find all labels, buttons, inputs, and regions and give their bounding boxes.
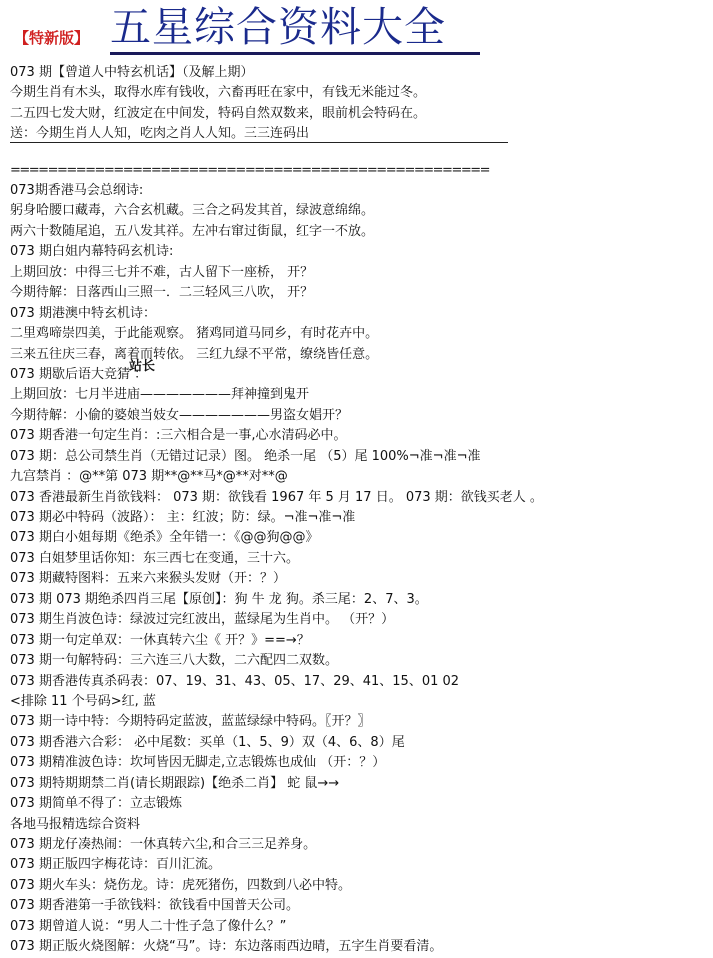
title-underline (110, 52, 480, 55)
section-line: 073期香港马会总纲诗: (10, 181, 710, 201)
section-line: 躬身哈腰口藏毒，六合玄机藏。三合之码发其首，绿波意绵绵。 (10, 201, 710, 221)
section-line: 各地马报精选综合资料 (10, 815, 710, 835)
section-line: 今期待解：日落西山三照一．二三轻风三八吹， 开？ (10, 283, 710, 303)
section-line: 073 期正版四字梅花诗：百川汇流。 (10, 855, 710, 875)
section-line: 073 期香港传真杀码表：07、19、31、43、05、17、29、41、15、… (10, 672, 710, 692)
section-line: 三来五往庆三春，离着而转依。 三红九绿不平常，缭绕皆任意。 (10, 345, 710, 365)
section-line: 073 期白姐内幕特码玄机诗: (10, 242, 710, 262)
section-line: <排除 11 个号码>红, 蓝 (10, 692, 710, 712)
section-line: 两六十数随尾追，五八发其祥。左冲右窜过街鼠，红字一不放。 (10, 222, 710, 242)
section-line: 073 期特期期禁二肖(请长期跟踪)【绝杀二肖】 蛇 鼠→→ (10, 774, 710, 794)
edition-badge: 【特新版】 (14, 27, 89, 48)
section-line: 073 期藏特图料：五来六来猴头发财（开：？） (10, 569, 710, 589)
section-line: 073 期香港第一手欲钱料：欲钱看中国普天公司。 (10, 896, 710, 916)
section-line: 073 期简单不得了：立志锻炼 (10, 794, 710, 814)
section-line: 073 期香港六合彩： 必中尾数：买单（1、5、9）双（4、6、8）尾 (10, 733, 710, 753)
section-line: 九宫禁肖 ：@**第 073 期**@**马*@**对**@ (10, 467, 710, 487)
divider-line (10, 142, 508, 143)
equals-separator: ========================================… (10, 163, 510, 179)
section-line: 073 期 073 期绝杀四肖三尾【原创】：狗 牛 龙 狗。杀三尾：2、7、3。 (10, 590, 710, 610)
section-line: 073 期火车头：烧伤龙。诗：虎死猪伤，四数到八必中特。 (10, 876, 710, 896)
intro-line: 073 期【曾道人中特玄机话】（及解上期） (10, 63, 530, 83)
section-line: 073 期一句定单双：一休真转六尘《 开？》==→？ (10, 631, 710, 651)
intro-block: 073 期【曾道人中特玄机话】（及解上期） 今期生肖有木头，取得水库有钱收，六畜… (10, 63, 530, 144)
section-line: 今期待解：小偷的婆娘当妓女———————男盗女娼开？ (10, 406, 710, 426)
section-line: 上期回放：七月半进庙———————拜神撞到鬼开 (10, 385, 710, 405)
section-line: 073 期一诗中特：今期特码定蓝波，蓝蓝绿绿中特码。〖开？〗 (10, 712, 710, 732)
section-line: 073 白姐梦里话你知：东三西七在变通，三十六。 (10, 549, 710, 569)
watermark-text: 站长 (129, 355, 155, 374)
section-line: 二里鸡啼崇四美，于此能观察。 猪鸡同道马同乡，有时花卉中。 (10, 324, 710, 344)
content-body: 073期香港马会总纲诗: 躬身哈腰口藏毒，六合玄机藏。三合之码发其首，绿波意绵绵… (10, 181, 710, 958)
section-line: 073 期龙仔凑热闹：一休真转六尘,和合三三足养身。 (10, 835, 710, 855)
page-header: 【特新版】 五星综合资料大全 (0, 0, 713, 62)
section-line: 073 期歇后语大竞猜 ： (10, 365, 710, 385)
section-line: 073 期曾道人说：“男人二十性子急了像什么？” (10, 917, 710, 937)
section-line: 073 期：总公司禁生肖（无错过记录）图。 绝杀一尾 （5）尾 100%¬准¬准… (10, 447, 710, 467)
section-line: 上期回放：中得三七并不难，古人留下一座桥， 开？ (10, 263, 710, 283)
section-line: 073 期港澳中特玄机诗： (10, 304, 710, 324)
section-line: 073 香港最新生肖欲钱料： 073 期：欲钱看 1967 年 5 月 17 日… (10, 488, 710, 508)
section-line: 073 期生肖波色诗：绿波过完红波出，蓝绿尾为生肖中。 （开？） (10, 610, 710, 630)
intro-line: 今期生肖有木头，取得水库有钱收，六畜再旺在家中，有钱无米能过冬。 (10, 83, 530, 103)
section-line: 073 期正版火烧图解：火烧“马”。诗：东边落雨西边晴，五字生肖要看清。 (10, 937, 710, 957)
intro-line: 二五四七发大财，红波定在中间发，特码自然双数来，眼前机会特码在。 (10, 104, 530, 124)
page-title: 五星综合资料大全 (110, 0, 446, 54)
section-line: 073 期香港一句定生肖：:三六相合是一事,心水清码必中。 (10, 426, 710, 446)
section-line: 073 期一句解特码：三六连三八大数，二六配四二双数。 (10, 651, 710, 671)
section-line: 073 期精准波色诗：坎坷皆因无脚走,立志锻炼也成仙 （开：？） (10, 753, 710, 773)
section-line: 073 期必中特码（波路）： 主：红波；防：绿。¬准¬准¬准 (10, 508, 710, 528)
section-line: 073 期白小姐每期《绝杀》全年错一：《@@狗@@》 (10, 528, 710, 548)
